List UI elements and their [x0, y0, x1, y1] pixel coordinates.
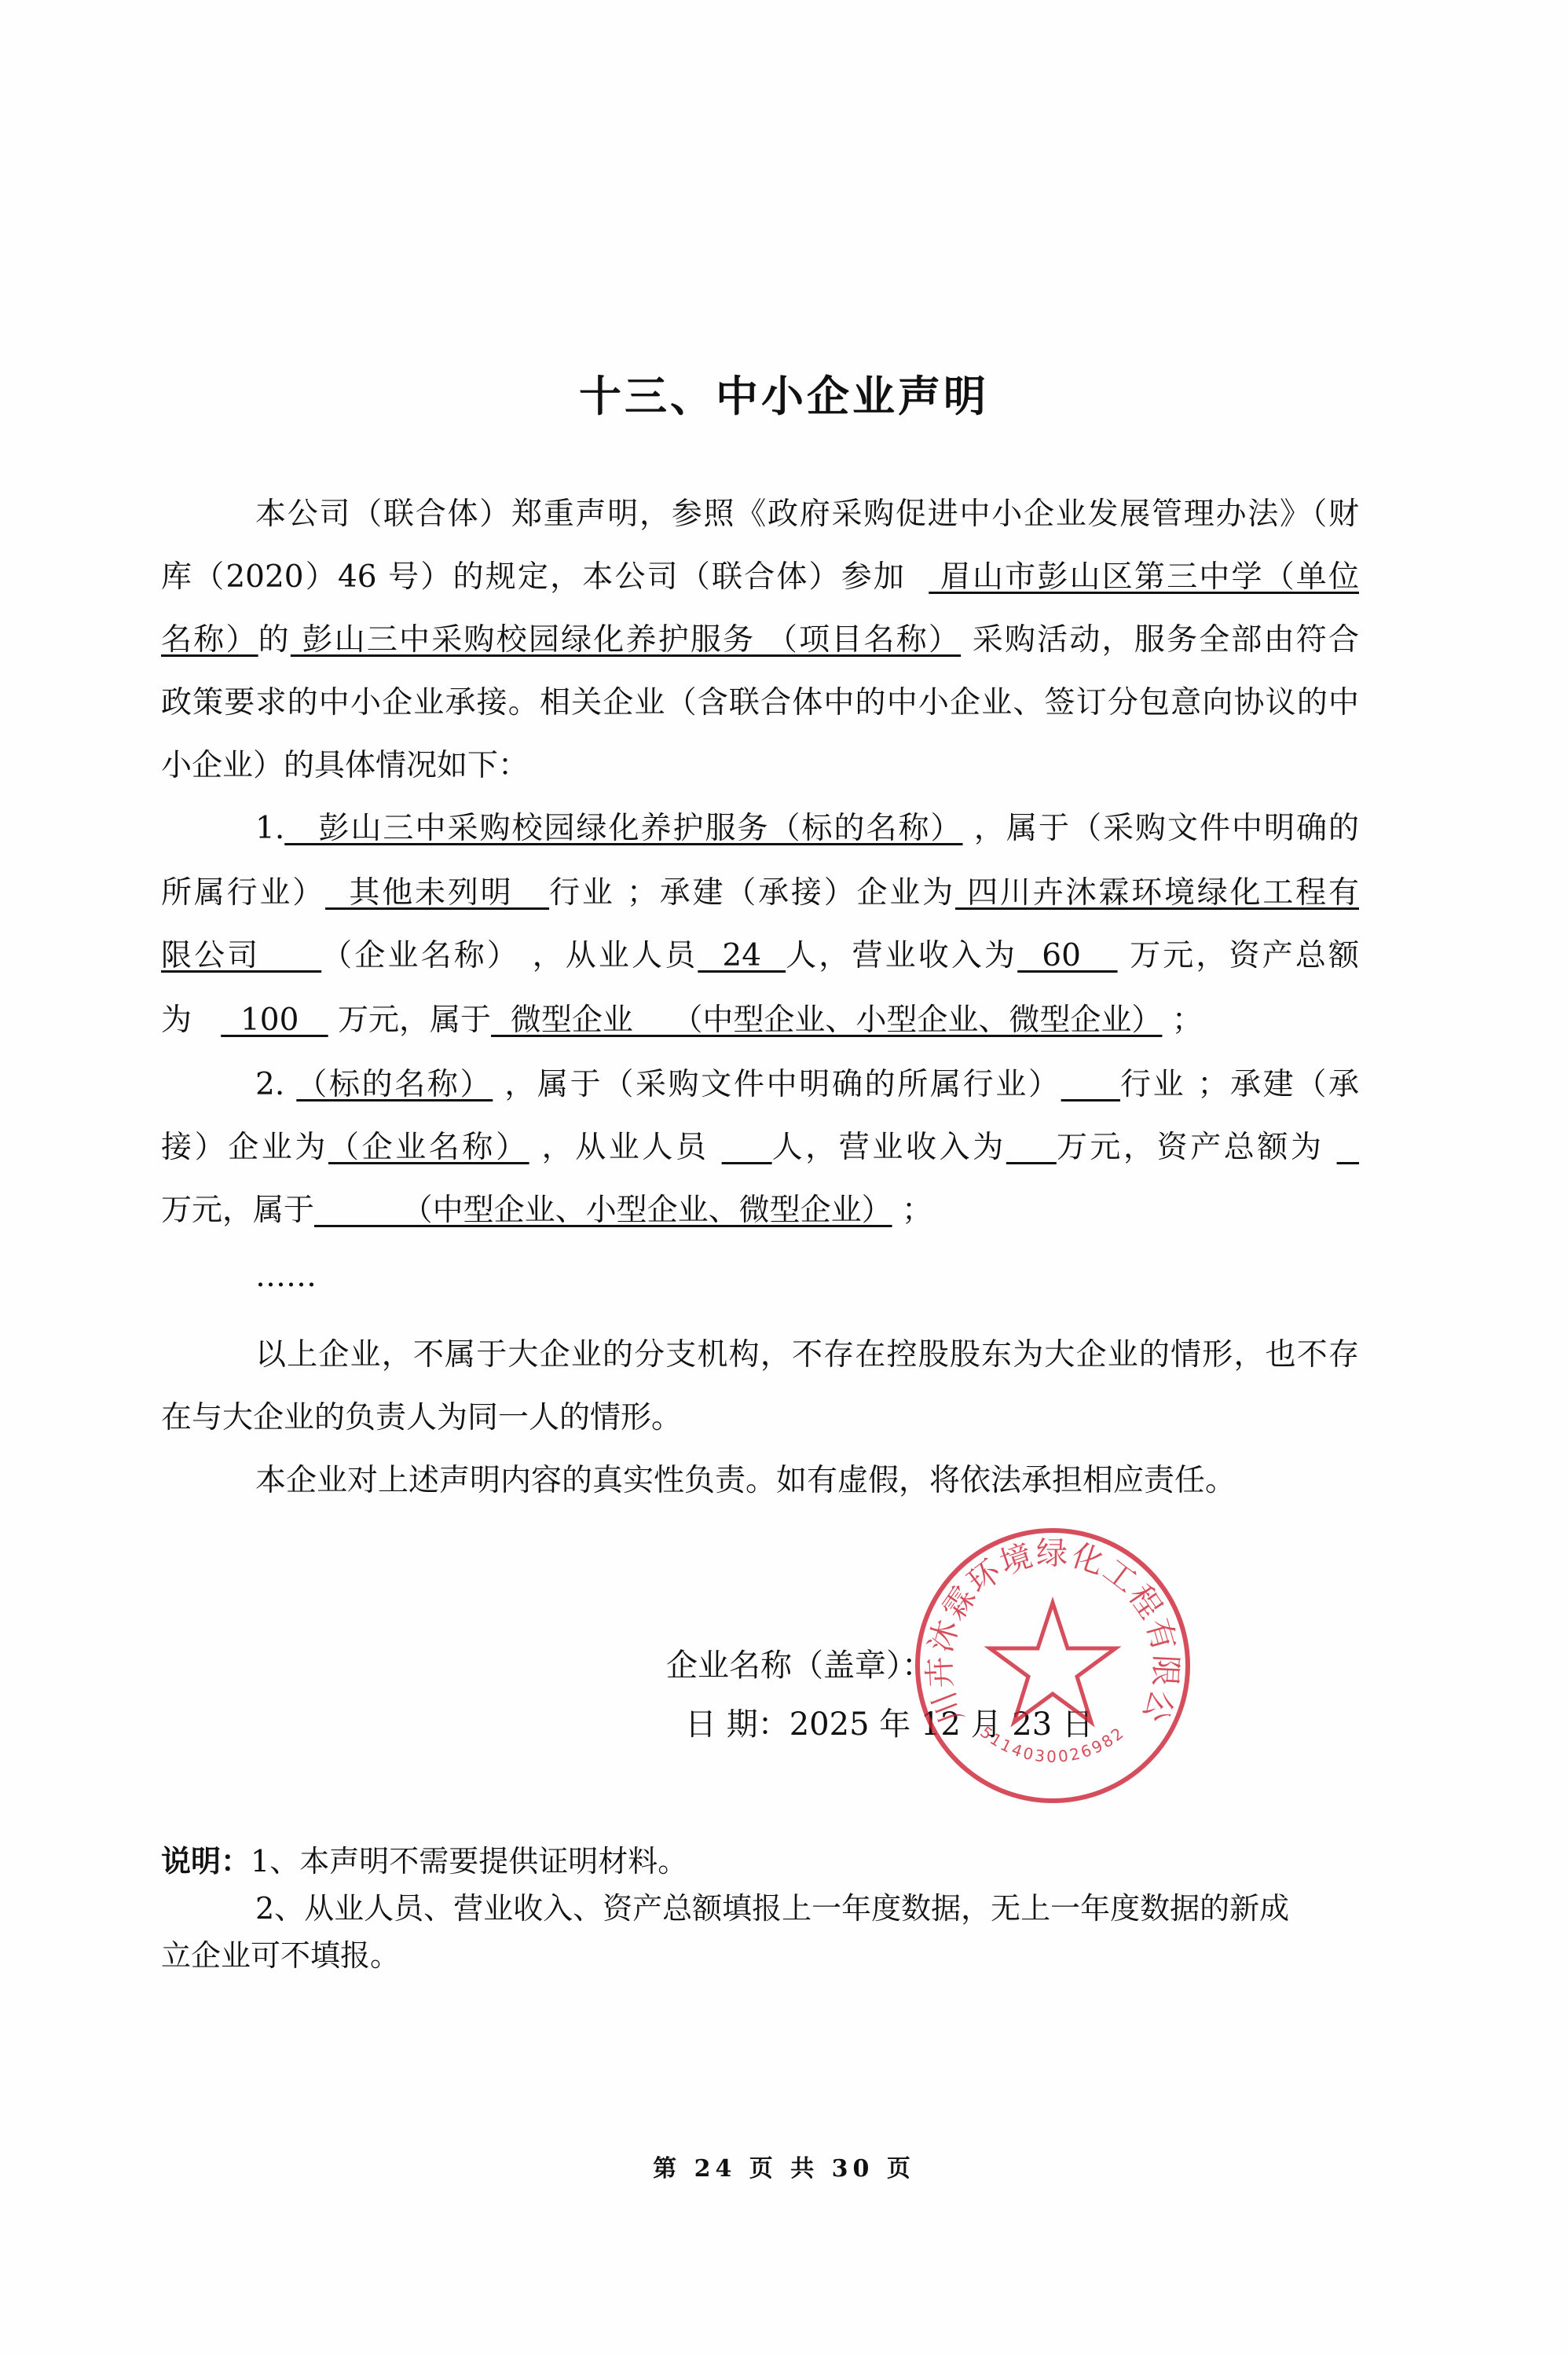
- date-value: 2025 年 12 月 23 日: [789, 1706, 1094, 1743]
- body-line: 所属行业） 其他未列明 行业 ；承建（承接）企业为 四川卉沐霖环境绿化工程有: [161, 874, 1359, 913]
- note-item-2-continued: 立企业可不填报。: [161, 1938, 400, 1973]
- seal-ring: [918, 1530, 1188, 1801]
- text-segment: 万元，属于: [328, 1003, 491, 1038]
- notes-label: 说明：: [161, 1844, 251, 1879]
- body-line: 政策要求的中小企业承接。相关企业（含联合体中的中小企业、签订分包意向协议的中: [161, 684, 1359, 723]
- filled-field: 微型企业 （中型企业、小型企业、微型企业）: [491, 1003, 1162, 1038]
- text-segment: 本企业对上述声明内容的真实性负责。如有虚假，将依法承担相应责任。: [255, 1463, 1236, 1498]
- body-line: 在与大企业的负责人为同一人的情形。: [161, 1398, 682, 1438]
- text-segment: 政策要求的中小企业承接。相关企业（含联合体中的中小企业、签订分包意向协议的中: [161, 685, 1359, 720]
- body-line: ……: [255, 1257, 317, 1296]
- body-line: 库（2020）46 号）的规定，本公司（联合体）参加 眉山市彭山区第三中学（单位: [161, 558, 1359, 597]
- company-seal-stamp: 四川卉沐霖环境绿化工程有限公司 5114030026982: [911, 1524, 1194, 1807]
- text-segment: 万元，属于: [161, 1193, 314, 1228]
- filled-field: （标的名称）: [296, 1067, 493, 1102]
- text-segment: 万元，资产总额为: [1057, 1130, 1337, 1165]
- body-line: 接）企业为（企业名称） ，从业人员 人，营业收入为 万元，资产总额为: [161, 1128, 1359, 1168]
- body-line: 小企业）的具体情况如下：: [161, 746, 529, 786]
- company-seal-label: 企业名称（盖章）：: [666, 1646, 933, 1685]
- filled-field: [1061, 1067, 1120, 1102]
- filled-field: 24: [698, 938, 786, 973]
- text-segment: ，属于（采购文件中明确的: [963, 811, 1359, 846]
- text-segment: 行业 ；承建（承接）企业为: [549, 875, 955, 911]
- note-line-1: 说明：1、本声明不需要提供证明材料。: [161, 1842, 687, 1880]
- text-segment: 人，营业收入为: [772, 1130, 1006, 1165]
- text-segment: 1.: [255, 811, 284, 846]
- body-line: 为 100 万元，属于 微型企业 （中型企业、小型企业、微型企业） ；: [161, 1001, 1203, 1040]
- filled-field: [722, 1130, 772, 1165]
- filled-field: [1337, 1130, 1359, 1165]
- text-segment: 行业 ；承建（承: [1120, 1067, 1359, 1102]
- filled-field: 100: [221, 1003, 328, 1038]
- svg-text:四川卉沐霖环境绿化工程有限公司: 四川卉沐霖环境绿化工程有限公司: [911, 1524, 1184, 1728]
- filled-field: （中型企业、小型企业、微型企业）: [314, 1193, 892, 1228]
- date-label: 日 期：: [685, 1706, 789, 1743]
- page-title: 十三、中小企业声明: [0, 363, 1568, 423]
- date-line: 日 期：2025 年 12 月 23 日: [685, 1705, 1094, 1744]
- filled-field: （企业名称）: [328, 1130, 529, 1165]
- body-line: 1. 彭山三中采购校园绿化养护服务（标的名称） ，属于（采购文件中明确的: [255, 809, 1359, 849]
- body-line: 万元，属于 （中型企业、小型企业、微型企业） ；: [161, 1191, 932, 1230]
- text-segment: ，从业人员: [529, 1130, 722, 1165]
- text-segment: 小企业）的具体情况如下：: [161, 748, 529, 783]
- filled-field: 四川卉沐霖环境绿化工程有: [955, 875, 1359, 911]
- text-segment: 的: [258, 622, 291, 658]
- document-page: 十三、中小企业声明 本公司（联合体）郑重声明，参照《政府采购促进中小企业发展管理…: [0, 0, 1568, 2357]
- filled-field: 彭山三中采购校园绿化养护服务 （项目名称）: [291, 622, 961, 658]
- text-segment: ，属于（采购文件中明确的所属行业）: [493, 1067, 1061, 1102]
- text-segment: ；: [892, 1193, 932, 1228]
- text-segment: 以上企业，不属于大企业的分支机构，不存在控股股东为大企业的情形，也不存: [255, 1337, 1359, 1373]
- text-segment: ；: [1162, 1003, 1202, 1038]
- filled-field: 其他未列明: [325, 875, 549, 911]
- text-segment: 2.: [255, 1067, 296, 1102]
- filled-field: 名称）: [161, 622, 258, 658]
- filled-field: [1006, 1130, 1057, 1165]
- filled-field: 彭山三中采购校园绿化养护服务（标的名称）: [284, 811, 962, 846]
- body-line: 本企业对上述声明内容的真实性负责。如有虚假，将依法承担相应责任。: [255, 1461, 1236, 1501]
- text-segment: 本公司（联合体）郑重声明，参照《政府采购促进中小企业发展管理办法》（财: [255, 497, 1359, 532]
- body-line: 本公司（联合体）郑重声明，参照《政府采购促进中小企业发展管理办法》（财: [255, 495, 1359, 534]
- body-line: 限公司 （企业名称） ，从业人员 24 人，营业收入为 60 万元，资产总额: [161, 937, 1359, 976]
- note-item-1: 1、本声明不需要提供证明材料。: [251, 1844, 687, 1879]
- text-segment: （企业名称） ，从业人员: [321, 938, 698, 973]
- text-segment: 人，营业收入为: [786, 938, 1017, 973]
- text-segment: 所属行业）: [161, 875, 325, 911]
- note-line-2: 2、从业人员、营业收入、资产总额填报上一年度数据，无上一年度数据的新成: [255, 1890, 1289, 1927]
- page-number: 第 24 页 共 30 页: [0, 2149, 1568, 2183]
- note-item-2: 2、从业人员、营业收入、资产总额填报上一年度数据，无上一年度数据的新成: [255, 1891, 1289, 1926]
- filled-field: 眉山市彭山区第三中学（单位: [929, 559, 1359, 595]
- text-segment: 在与大企业的负责人为同一人的情形。: [161, 1400, 682, 1435]
- text-segment: 采购活动，服务全部由符合: [961, 622, 1359, 658]
- text-segment: ……: [255, 1259, 317, 1294]
- filled-field: 60: [1017, 938, 1117, 973]
- body-line: 以上企业，不属于大企业的分支机构，不存在控股股东为大企业的情形，也不存: [255, 1336, 1359, 1375]
- body-line: 2. （标的名称） ，属于（采购文件中明确的所属行业） 行业 ；承建（承: [255, 1065, 1359, 1105]
- text-segment: 库（2020）46 号）的规定，本公司（联合体）参加: [161, 559, 929, 595]
- seal-company-name: 四川卉沐霖环境绿化工程有限公司: [911, 1524, 1184, 1728]
- text-segment: 万元，资产总额: [1118, 938, 1359, 973]
- body-line: 名称）的 彭山三中采购校园绿化养护服务 （项目名称） 采购活动，服务全部由符合: [161, 621, 1359, 660]
- filled-field: 限公司: [161, 938, 321, 973]
- note-line-3: 立企业可不填报。: [161, 1937, 400, 1974]
- text-segment: 接）企业为: [161, 1130, 328, 1165]
- text-segment: 为: [161, 1003, 221, 1038]
